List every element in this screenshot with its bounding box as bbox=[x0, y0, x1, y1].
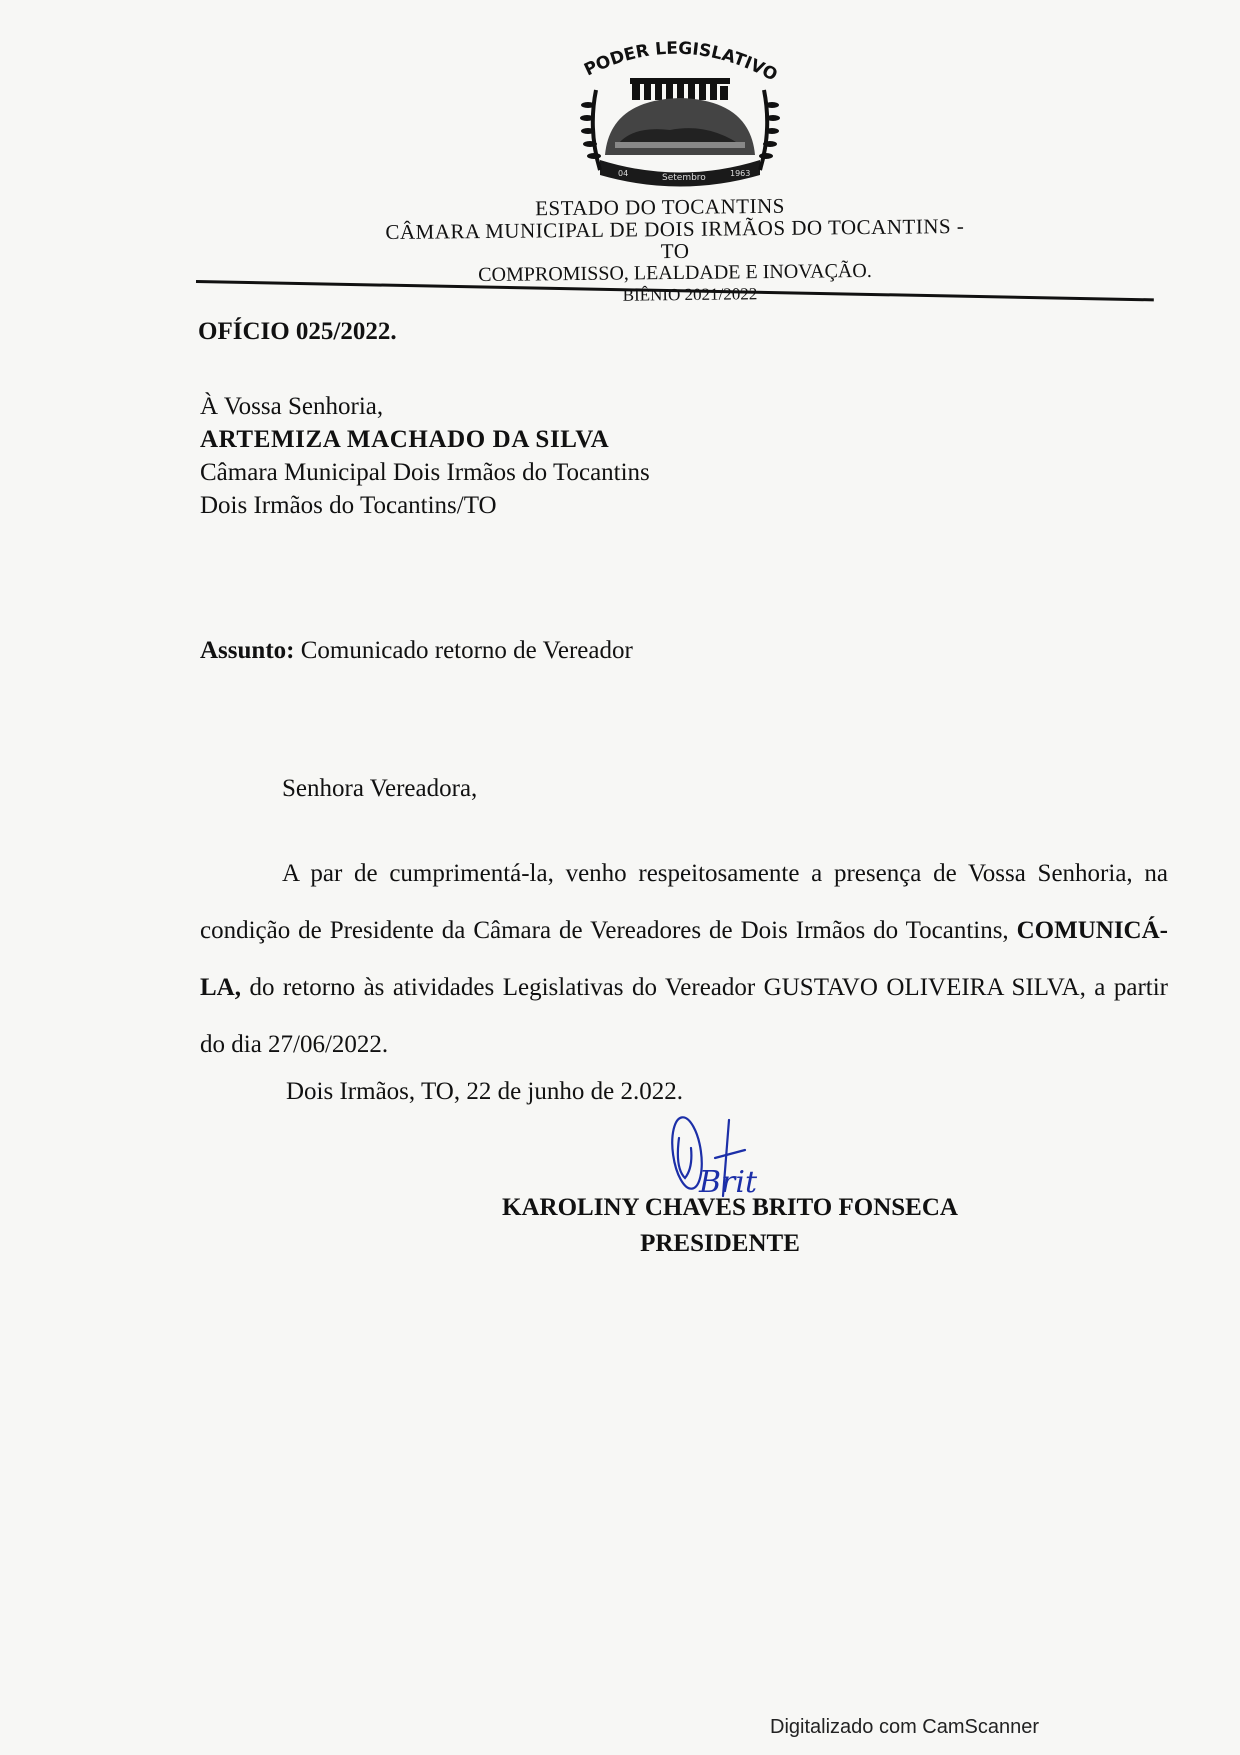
oficio-number: OFÍCIO 025/2022. bbox=[198, 318, 397, 346]
addressee-salutation: À Vossa Senhoria, bbox=[200, 390, 650, 423]
signer-block: KAROLINY CHAVES BRITO FONSECA PRESIDENTE bbox=[470, 1190, 990, 1262]
greeting: Senhora Vereadora, bbox=[282, 775, 477, 803]
date-line: Dois Irmãos, TO, 22 de junho de 2.022. bbox=[286, 1078, 683, 1106]
addressee-location: Dois Irmãos do Tocantins/TO bbox=[200, 489, 650, 522]
body-text-part2: do retorno às atividades Legislativas do… bbox=[200, 974, 1168, 1058]
crest-ribbon-left: 04 bbox=[618, 169, 628, 178]
subject-text: Comunicado retorno de Vereador bbox=[301, 637, 633, 664]
scanner-watermark: Digitalizado com CamScanner bbox=[770, 1716, 1039, 1739]
crest-ribbon-right: 1963 bbox=[730, 169, 750, 178]
body-paragraph: A par de cumprimentá-la, venho respeitos… bbox=[200, 845, 1168, 1073]
signer-name: KAROLINY CHAVES BRITO FONSECA bbox=[470, 1190, 990, 1226]
signer-role: PRESIDENTE bbox=[450, 1226, 990, 1262]
legislative-crest-logo: PODER LEGISLATIVO 04 Setembro 1963 bbox=[560, 30, 800, 200]
subject-label: Assunto: bbox=[200, 637, 294, 664]
addressee-name: ARTEMIZA MACHADO DA SILVA bbox=[200, 423, 650, 456]
addressee-block: À Vossa Senhoria, ARTEMIZA MACHADO DA SI… bbox=[200, 390, 650, 522]
addressee-institution: Câmara Municipal Dois Irmãos do Tocantin… bbox=[200, 456, 650, 489]
crest-ribbon-center: Setembro bbox=[662, 173, 706, 183]
letterhead-chamber: CÂMARA MUNICIPAL DE DOIS IRMÃOS DO TOCAN… bbox=[370, 215, 980, 265]
scanned-document-page: PODER LEGISLATIVO 04 Setembro 1963 bbox=[0, 0, 1240, 1755]
crest-emblem-icon: PODER LEGISLATIVO 04 Setembro 1963 bbox=[560, 30, 800, 200]
subject-line: Assunto: Comunicado retorno de Vereador bbox=[200, 637, 633, 665]
